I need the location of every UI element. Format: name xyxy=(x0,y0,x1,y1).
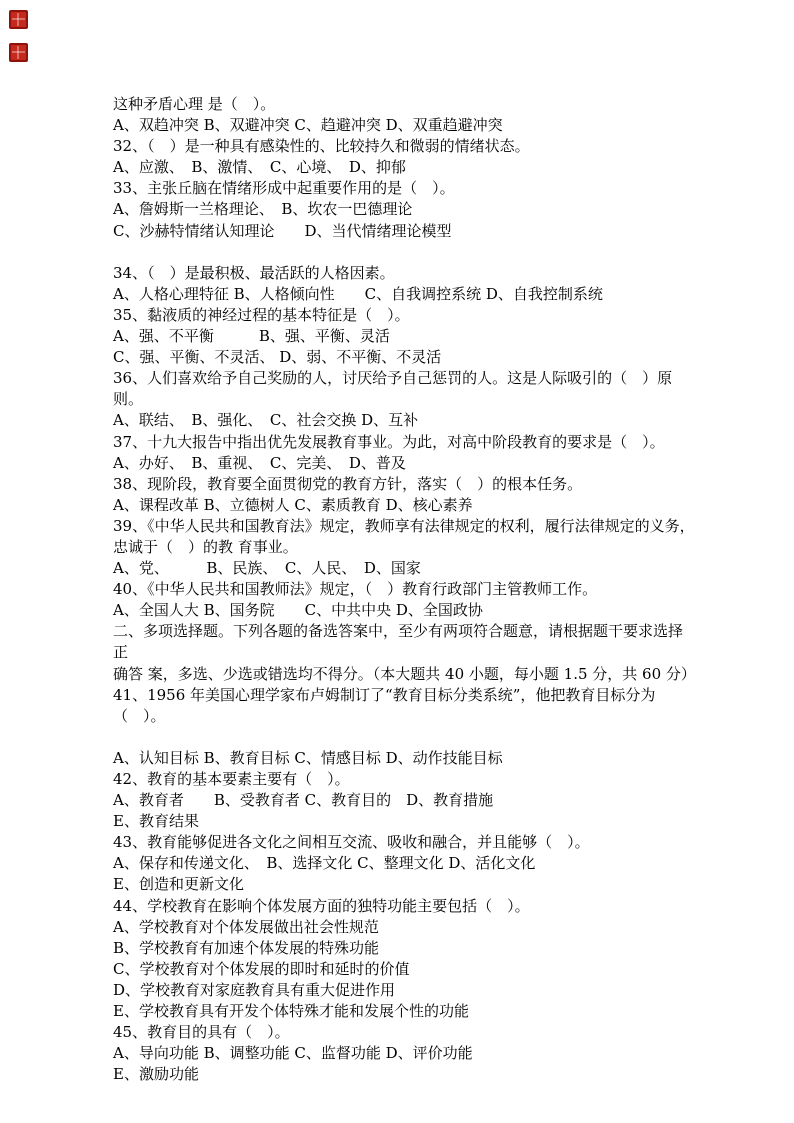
text-line: 44、学校教育在影响个体发展方面的独特功能主要包括（ ）。 xyxy=(113,896,695,917)
text-line: 39、《中华人民共和国教育法》规定，教师享有法律规定的权利，履行法律规定的义务， xyxy=(113,516,695,537)
text-line: A、学校教育对个体发展做出社会性规范 xyxy=(113,917,695,938)
text-line: A、课程改革 B、立德树人 C、素质教育 D、核心素养 xyxy=(113,495,695,516)
document-body: 这种矛盾心理 是（ ）。A、双趋冲突 B、双避冲突 C、趋避冲突 D、双重趋避冲… xyxy=(113,94,695,1085)
text-line: 这种矛盾心理 是（ ）。 xyxy=(113,94,695,115)
text-line: 33、主张丘脑在情绪形成中起重要作用的是（ ）。 xyxy=(113,178,695,199)
exam-page: 这种矛盾心理 是（ ）。A、双趋冲突 B、双避冲突 C、趋避冲突 D、双重趋避冲… xyxy=(0,0,794,1123)
text-line: 忠诚于（ ）的教 育事业。 xyxy=(113,537,695,558)
text-line: E、学校教育具有开发个体特殊才能和发展个性的功能 xyxy=(113,1001,695,1022)
text-line: 40、《中华人民共和国教师法》规定，（ ）教育行政部门主管教师工作。 xyxy=(113,579,695,600)
text-line: E、创造和更新文化 xyxy=(113,874,695,895)
text-line: D、学校教育对家庭教育具有重大促进作用 xyxy=(113,980,695,1001)
text-line: A、办好、 B、重视、 C、完美、 D、普及 xyxy=(113,453,695,474)
red-seal-icon xyxy=(9,10,28,29)
text-line xyxy=(113,727,695,748)
text-line: A、全国人大 B、国务院 C、中共中央 D、全国政协 xyxy=(113,600,695,621)
text-line: 38、现阶段，教育要全面贯彻党的教育方针，落实（ ）的根本任务。 xyxy=(113,474,695,495)
text-line: A、党、 B、民族、 C、人民、 D、国家 xyxy=(113,558,695,579)
text-line: 32、（ ）是一种具有感染性的、比较持久和微弱的情绪状态。 xyxy=(113,136,695,157)
text-line: 34、（ ）是最积极、最活跃的人格因素。 xyxy=(113,263,695,284)
text-line: A、应激、 B、激情、 C、心境、 D、抑郁 xyxy=(113,157,695,178)
text-line: A、认知目标 B、教育目标 C、情感目标 D、动作技能目标 xyxy=(113,748,695,769)
text-line: 41、1956 年美国心理学家布卢姆制订了“教育目标分类系统”，他把教育目标分为… xyxy=(113,685,695,727)
text-line: 45、教育目的具有（ ）。 xyxy=(113,1022,695,1043)
page-corner-seals xyxy=(9,10,29,76)
text-line: A、人格心理特征 B、人格倾向性 C、自我调控系统 D、自我控制系统 xyxy=(113,284,695,305)
text-line: 确答 案，多选、少选或错选均不得分。（本大题共 40 小题，每小题 1.5 分，… xyxy=(113,664,695,685)
text-line: 42、教育的基本要素主要有（ ）。 xyxy=(113,769,695,790)
text-line: 36、人们喜欢给予自己奖励的人，讨厌给予自己惩罚的人。这是人际吸引的（ ）原则。 xyxy=(113,368,695,410)
red-seal-icon xyxy=(9,43,28,62)
text-line: 37、十九大报告中指出优先发展教育事业。为此，对高中阶段教育的要求是（ ）。 xyxy=(113,432,695,453)
text-line: C、学校教育对个体发展的即时和延时的价值 xyxy=(113,959,695,980)
text-line: B、学校教育有加速个体发展的特殊功能 xyxy=(113,938,695,959)
text-line xyxy=(113,242,695,263)
text-line: A、双趋冲突 B、双避冲突 C、趋避冲突 D、双重趋避冲突 xyxy=(113,115,695,136)
text-line: 35、黏液质的神经过程的基本特征是（ ）。 xyxy=(113,305,695,326)
text-line: C、沙赫特情绪认知理论 D、当代情绪理论模型 xyxy=(113,221,695,242)
text-line: A、詹姆斯一兰格理论、 B、坎农一巴德理论 xyxy=(113,199,695,220)
text-line: A、导向功能 B、调整功能 C、监督功能 D、评价功能 xyxy=(113,1043,695,1064)
text-line: 43、教育能够促进各文化之间相互交流、吸收和融合，并且能够（ ）。 xyxy=(113,832,695,853)
text-line: 二、多项选择题。下列各题的备选答案中，至少有两项符合题意，请根据题干要求选择正 xyxy=(113,621,695,663)
text-line: A、联结、 B、强化、 C、社会交换 D、互补 xyxy=(113,410,695,431)
text-line: A、保存和传递文化、 B、选择文化 C、整理文化 D、活化文化 xyxy=(113,853,695,874)
text-line: A、教育者 B、受教育者 C、教育目的 D、教育措施 xyxy=(113,790,695,811)
text-line: A、强、不平衡 B、强、平衡、灵活 xyxy=(113,326,695,347)
text-line: C、强、平衡、不灵活、 D、弱、不平衡、不灵活 xyxy=(113,347,695,368)
text-line: E、激励功能 xyxy=(113,1064,695,1085)
text-line: E、教育结果 xyxy=(113,811,695,832)
